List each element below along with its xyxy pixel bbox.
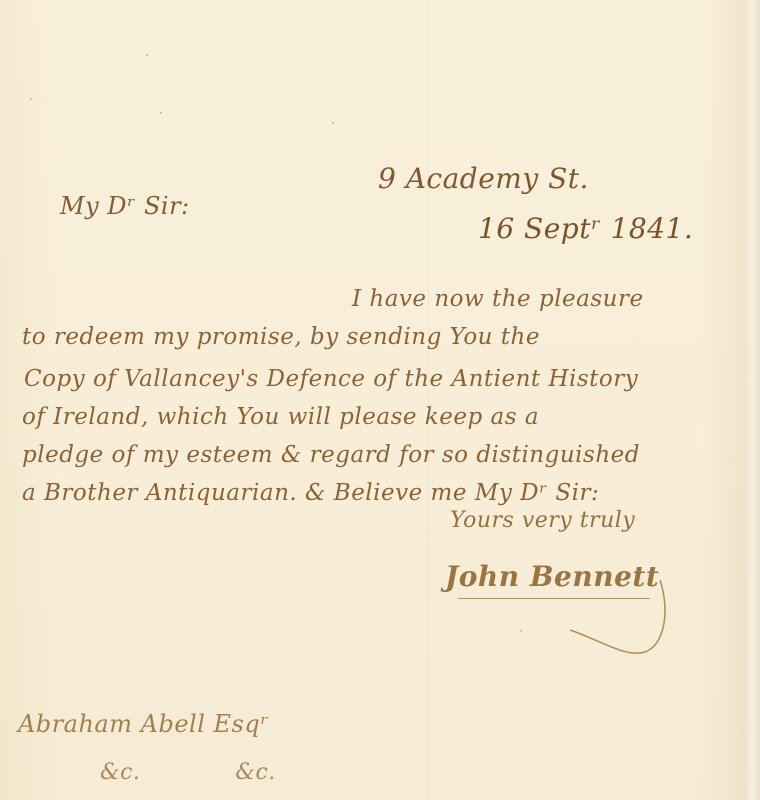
paper-fold-line	[428, 0, 429, 800]
paper-speck	[332, 122, 334, 124]
body-line-1: I have now the pleasure	[352, 286, 644, 312]
recipient-name: Abraham Abell Esqʳ	[18, 710, 269, 738]
letter-page: 9 Academy St. My Dʳ Sir: 16 Septʳ 1841. …	[0, 0, 760, 800]
body-line-4: of Ireland, which You will please keep a…	[22, 404, 539, 430]
body-line-6: a Brother Antiquarian. & Believe me My D…	[22, 480, 599, 506]
paper-speck	[146, 54, 148, 56]
paper-speck	[160, 112, 162, 114]
sender-address: 9 Academy St.	[378, 162, 589, 195]
signature-flourish-icon	[560, 560, 680, 660]
body-line-2: to redeem my promise, by sending You the	[22, 324, 540, 350]
etc-2: &c.	[235, 760, 275, 785]
salutation: My Dʳ Sir:	[60, 192, 190, 220]
etc-1: &c.	[100, 760, 140, 785]
letter-date: 16 Septʳ 1841.	[478, 212, 693, 245]
closing: Yours very truly	[450, 508, 635, 533]
body-line-3: Copy of Vallancey's Defence of the Antie…	[24, 366, 638, 392]
paper-speck	[30, 98, 32, 100]
body-line-5: pledge of my esteem & regard for so dist…	[22, 442, 640, 468]
paper-speck	[520, 630, 522, 632]
recipient-etc: &c.&c.	[100, 760, 371, 785]
